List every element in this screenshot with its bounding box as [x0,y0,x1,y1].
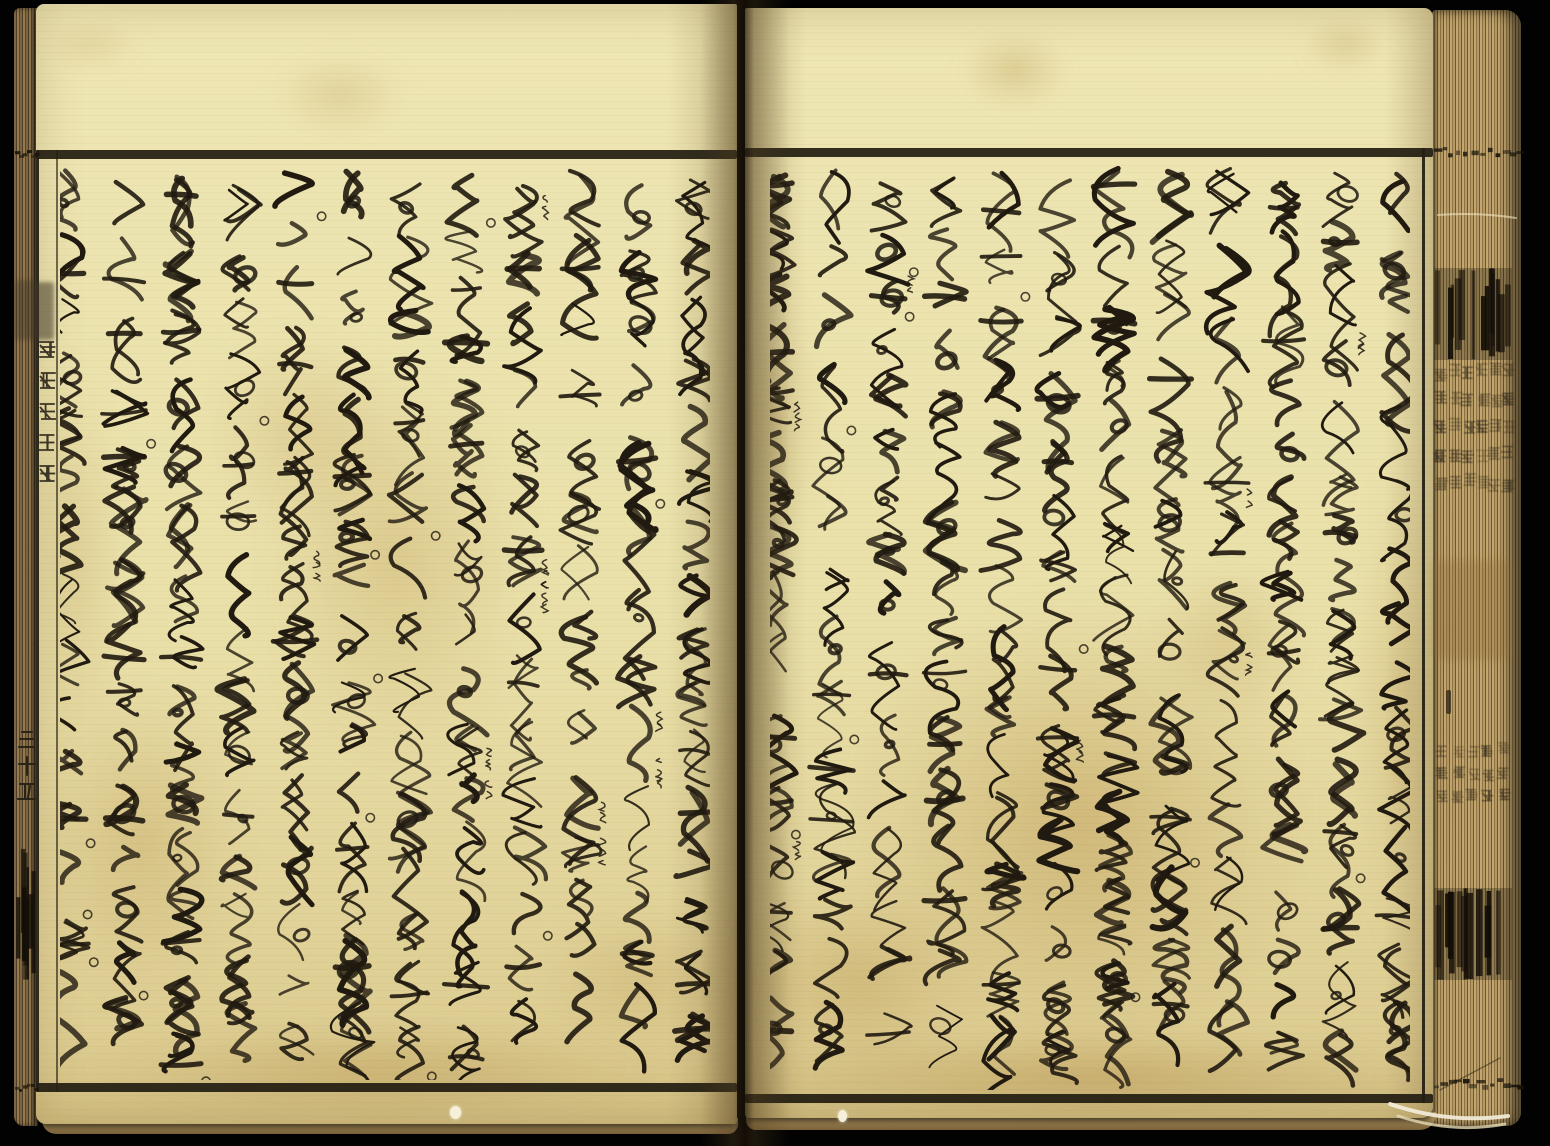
pillar-inner-rule [56,150,58,1092]
frame-left-rule [36,150,39,1092]
paper-speck [450,1106,461,1119]
frame-bottom-right-page [745,1094,1433,1103]
paper-speck [838,1110,847,1122]
calligraphy-left-page [60,162,710,1080]
frame-right-rule [1422,148,1425,1103]
paper-stain [35,15,145,75]
paper-stain [270,50,410,140]
frame-top-right-page [745,148,1433,157]
calligraphy-right-page [770,160,1410,1090]
frame-top-left-page [36,150,737,159]
paper-stain [960,30,1070,110]
photo-background [0,0,1550,1146]
frame-bottom-left-page [36,1083,737,1092]
paper-stain [1300,15,1390,75]
